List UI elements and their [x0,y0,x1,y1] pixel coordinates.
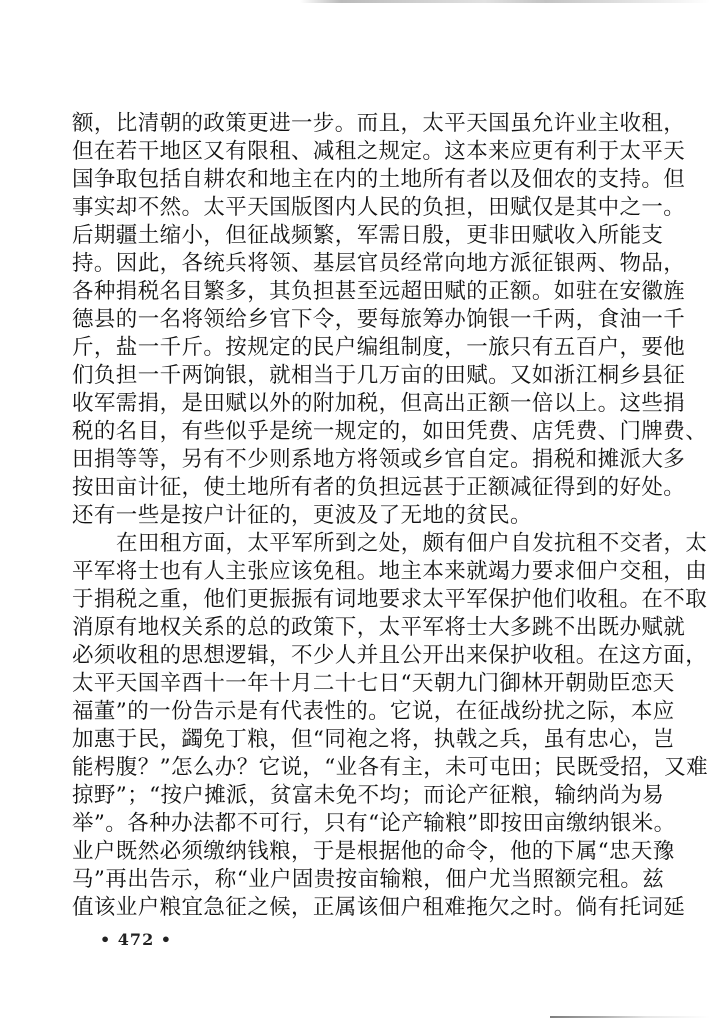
text-line-26: 举”。各种办法都不可行，只有“论产输粮”即按田亩缴纳银米。 [72,810,652,838]
text-line-13: 田捐等等，另有不少则系地方将领或乡官自定。捐税和摊派大多 [72,446,652,474]
scan-edge-artifact-top [300,0,710,3]
text-line-16-paragraph-start: 在田租方面，太平军所到之处，颇有佃户自发抗租不交者，太 [72,530,652,558]
text-line-29: 值该业户粮宜急征之候，正属该佃户租难拖欠之时。倘有托词延 [72,894,652,922]
text-line-25: 掠野”；“按户摊派，贫富未免不均；而论产征粮，输纳尚为易 [72,782,652,810]
text-line-9: 斤，盐一千斤。按规定的民户编组制度，一旅只有五百户，要他 [72,334,652,362]
text-line-7: 各种捐税名目繁多，其负担甚至远超田赋的正额。如驻在安徽旌 [72,278,652,306]
text-line-11: 收军需捐，是田赋以外的附加税，但高出正额一倍以上。这些捐 [72,390,652,418]
text-line-1: 额，比清朝的政策更进一步。而且，太平天国虽允许业主收租， [72,110,652,138]
page-number: • 472 • [100,930,172,949]
text-line-28: 马”再出告示，称“业户固贵按亩输粮，佃户尤当照额完租。兹 [72,866,652,894]
page-body-text: 额，比清朝的政策更进一步。而且，太平天国虽允许业主收租， 但在若干地区又有限租、… [72,110,652,922]
text-line-21: 太平天国辛酉十一年十月二十七日“天朝九门御林开朝勋臣恋天 [72,670,652,698]
text-line-27: 业户既然必须缴纳钱粮，于是根据他的命令，他的下属“忠天豫 [72,838,652,866]
text-line-20: 必须收租的思想逻辑，不少人并且公开出来保护收租。在这方面， [72,642,652,670]
text-line-24: 能枵腹？”怎么办？它说，“业各有主，未可屯田；民既受招，又难 [72,754,652,782]
text-line-10: 们负担一千两饷银，就相当于几万亩的田赋。又如浙江桐乡县征 [72,362,652,390]
text-line-15: 还有一些是按户计征的，更波及了无地的贫民。 [72,502,652,530]
text-line-12: 税的名目，有些似乎是统一规定的，如田凭费、店凭费、门牌费、 [72,418,652,446]
text-line-14: 按田亩计征，使土地所有者的负担远甚于正额减征得到的好处。 [72,474,652,502]
text-line-23: 加惠于民，蠲免丁粮，但“同袍之将，执戟之兵，虽有忠心，岂 [72,726,652,754]
text-line-19: 消原有地权关系的总的政策下，太平军将士大多跳不出既办赋就 [72,614,652,642]
scan-edge-artifact-bottom [550,1016,710,1018]
text-line-17: 平军将士也有人主张应该免租。地主本来就竭力要求佃户交租，由 [72,558,652,586]
text-line-6: 持。因此，各统兵将领、基层官员经常向地方派征银两、物品， [72,250,652,278]
text-line-4: 事实却不然。太平天国版图内人民的负担，田赋仅是其中之一。 [72,194,652,222]
text-line-22: 福董”的一份告示是有代表性的。它说，在征战纷扰之际，本应 [72,698,652,726]
text-line-18: 于捐税之重，他们更振振有词地要求太平军保护他们收租。在不取 [72,586,652,614]
text-line-5: 后期疆土缩小，但征战频繁，军需日殷，更非田赋收入所能支 [72,222,652,250]
text-line-3: 国争取包括自耕农和地主在内的土地所有者以及佃农的支持。但 [72,166,652,194]
text-line-8: 德县的一名将领给乡官下令，要每旅筹办饷银一千两，食油一千 [72,306,652,334]
text-line-2: 但在若干地区又有限租、减租之规定。这本来应更有利于太平天 [72,138,652,166]
